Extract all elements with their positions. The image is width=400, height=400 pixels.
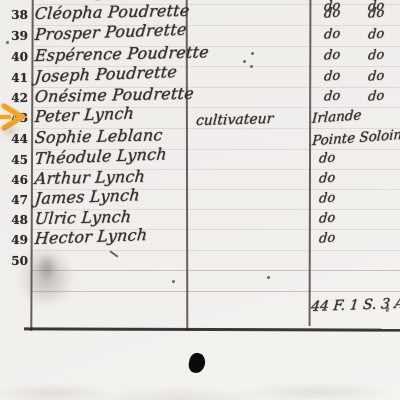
origin-entry: Irlande [311, 107, 361, 127]
row-number: 45 [6, 153, 28, 167]
name-entry: Ulric Lynch [34, 207, 132, 228]
name-entry: Espérence Poudrette [34, 42, 210, 65]
paper-speck [267, 276, 270, 279]
ditto-mark: do [367, 26, 384, 42]
ditto-mark: do [318, 190, 335, 206]
name-entry: Joseph Poudrette [34, 62, 178, 86]
row-number: 38 [6, 8, 28, 22]
ditto-mark: do [318, 150, 335, 166]
occupation-entry: cultivateur [195, 111, 274, 129]
ditto-mark: do [323, 26, 340, 42]
row-number: 47 [6, 193, 28, 207]
name-entry: Onésime Poudrette [34, 84, 195, 106]
origin-entry: Pointe Soloin [312, 127, 400, 149]
name-entry: Peter Lynch [34, 103, 135, 126]
ditto-mark: do [323, 5, 340, 21]
paper-speck [251, 52, 254, 55]
ditto-mark: do [318, 170, 335, 186]
paper-speck [6, 41, 9, 44]
name-entry: James Lynch [34, 185, 141, 208]
row-number: 49 [6, 233, 28, 247]
paper-texture [0, 378, 400, 400]
row-rule [32, 291, 400, 292]
register-scan-page: Poudrette do do 38 Cléopha Poudrette do … [0, 0, 400, 400]
paper-speck [172, 280, 175, 283]
register-row: 40 Espérence Poudrette do do [0, 46, 400, 68]
name-entry: Prosper Poudrette [34, 20, 187, 44]
name-entry: Sophie Leblanc [34, 125, 163, 147]
name-entry: Hector Lynch [34, 225, 148, 248]
paper-stain [36, 254, 58, 280]
register-row: 49 Hector Lynch do [0, 229, 400, 251]
paper-speck [250, 65, 253, 68]
name-entry: Théodule Lynch [34, 144, 168, 168]
row-number: 40 [6, 50, 28, 64]
row-number: 41 [6, 71, 28, 85]
register-row-highlighted: 43 Peter Lynch cultivateur Irlande [0, 107, 400, 129]
ditto-mark: do [323, 47, 340, 63]
row-number: 46 [6, 173, 28, 187]
paper-stain [0, 123, 20, 138]
register-row: 44 Sophie Leblanc Pointe Soloin [0, 128, 400, 150]
ditto-mark: do [323, 68, 340, 84]
table-bottom-border [24, 327, 400, 332]
ditto-mark: do [367, 5, 384, 21]
ditto-mark: do [367, 47, 384, 63]
row-number: 39 [6, 29, 28, 43]
ditto-mark: do [323, 88, 340, 104]
ditto-mark: do [367, 68, 384, 84]
ditto-mark: do [318, 230, 335, 246]
register-row: 38 Cléopha Poudrette do do [0, 4, 400, 26]
row-number: 48 [6, 213, 28, 227]
ditto-mark: do [367, 88, 384, 104]
paper-speck [243, 60, 246, 63]
ink-blot [187, 352, 206, 374]
ditto-mark: do [318, 210, 335, 226]
